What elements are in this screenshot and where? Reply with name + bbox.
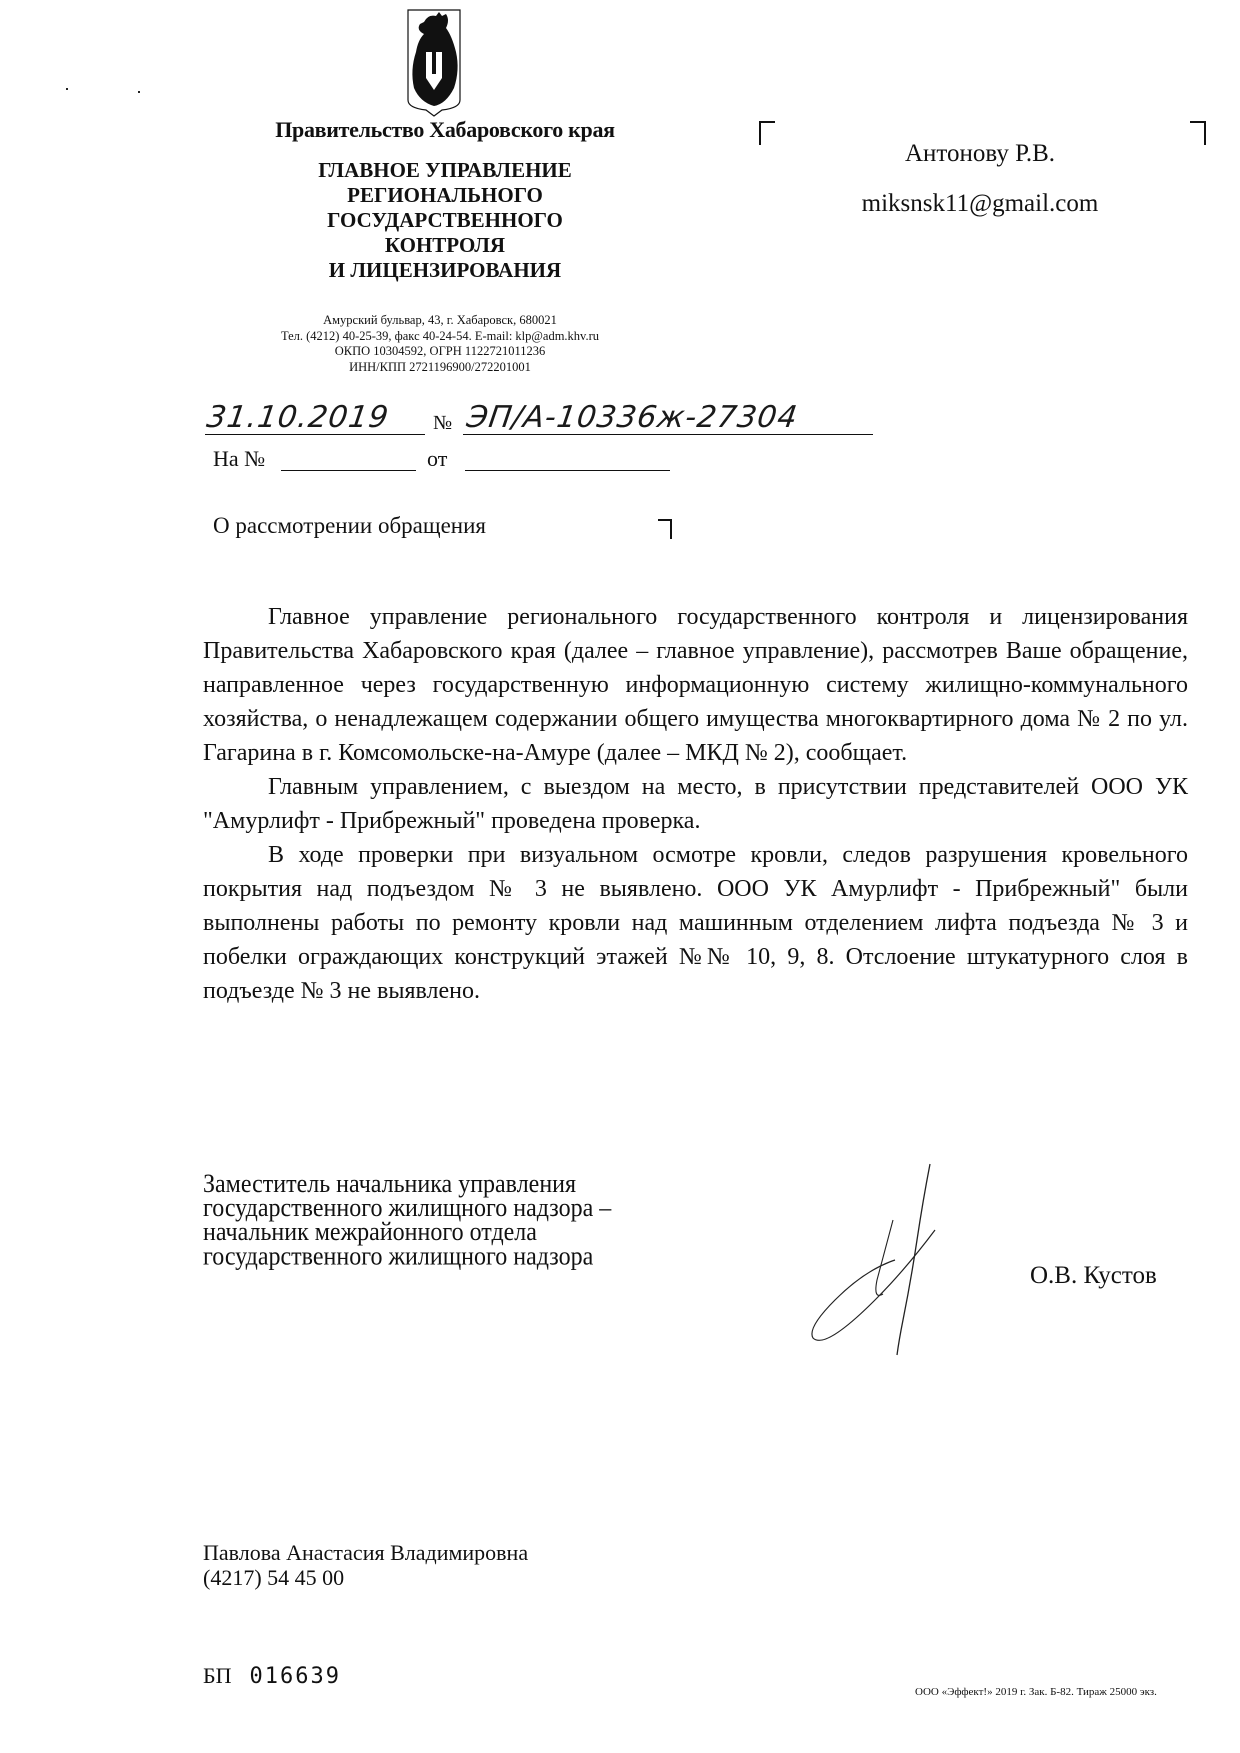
signer-title-line: Заместитель начальника управления [203, 1172, 763, 1196]
reference-from-label: от [427, 446, 447, 472]
reference-row: На № от [213, 446, 693, 480]
department-line: КОНТРОЛЯ [255, 233, 635, 258]
printer-note: ООО «Эффект!» 2019 г. Зак. Б-82. Тираж 2… [915, 1686, 1157, 1698]
executor-phone: (4217) 54 45 00 [203, 1565, 528, 1590]
khabarovsk-coat-of-arms-icon [406, 8, 462, 118]
address-bracket-left [759, 121, 775, 145]
inn-kpp-line: ИНН/КПП 2721196900/272201001 [200, 360, 680, 376]
address-line: Амурский бульвар, 43, г. Хабаровск, 6800… [200, 313, 680, 329]
department-name: ГЛАВНОЕ УПРАВЛЕНИЕ РЕГИОНАЛЬНОГО ГОСУДАР… [255, 158, 635, 283]
reference-number-label: На № [213, 446, 265, 472]
form-number: 016639 [250, 1664, 341, 1689]
body-paragraph: Главным управлением, с выездом на место,… [203, 770, 1188, 838]
department-line: ГОСУДАРСТВЕННОГО [255, 208, 635, 233]
letter-subject: О рассмотрении обращения [213, 513, 486, 539]
form-series: БП [203, 1663, 232, 1688]
date-underline [205, 434, 425, 435]
department-address: Амурский бульвар, 43, г. Хабаровск, 6800… [200, 313, 680, 375]
number-underline [463, 434, 873, 435]
body-paragraph: В ходе проверки при визуальном осмотре к… [203, 838, 1188, 1008]
handwritten-signature-icon [785, 1160, 965, 1360]
recipient-email: miksnsk11@gmail.com [800, 190, 1160, 218]
signer-title-line: государственного жилищного надзора [203, 1245, 763, 1269]
registration-number: ЭП/А-10336ж-27304 [465, 400, 801, 435]
department-line: И ЛИЦЕНЗИРОВАНИЯ [255, 258, 635, 283]
reference-number-field [281, 470, 416, 471]
department-line: ГЛАВНОЕ УПРАВЛЕНИЕ [255, 158, 635, 183]
reference-date-field [465, 470, 670, 471]
recipient-name: Антонову Р.В. [800, 140, 1160, 168]
executor-contact: Павлова Анастасия Владимировна (4217) 54… [203, 1540, 528, 1590]
scan-speck [138, 91, 140, 93]
body-paragraph: Главное управление регионального государ… [203, 600, 1188, 770]
subject-bracket [658, 519, 672, 539]
signer-title-line: начальник межрайонного отдела [203, 1220, 763, 1244]
form-serial: БП016639 [203, 1663, 341, 1689]
letter-body: Главное управление регионального государ… [203, 600, 1188, 1008]
scan-speck [66, 88, 68, 90]
number-sign: № [433, 412, 452, 435]
registration-row: 31.10.2019 № ЭП/А-10336ж-27304 [205, 400, 885, 440]
government-name: Правительство Хабаровского края [225, 117, 665, 143]
address-bracket-right [1190, 121, 1206, 145]
registration-date: 31.10.2019 [205, 400, 392, 435]
okpo-ogrn-line: ОКПО 10304592, ОГРН 1122721011236 [200, 344, 680, 360]
contact-line: Тел. (4212) 40-25-39, факс 40-24-54. E-m… [200, 329, 680, 345]
signer-title: Заместитель начальника управления госуда… [203, 1172, 763, 1269]
department-line: РЕГИОНАЛЬНОГО [255, 183, 635, 208]
executor-name: Павлова Анастасия Владимировна [203, 1540, 528, 1565]
signer-title-line: государственного жилищного надзора – [203, 1196, 763, 1220]
signer-name: О.В. Кустов [1030, 1262, 1157, 1290]
